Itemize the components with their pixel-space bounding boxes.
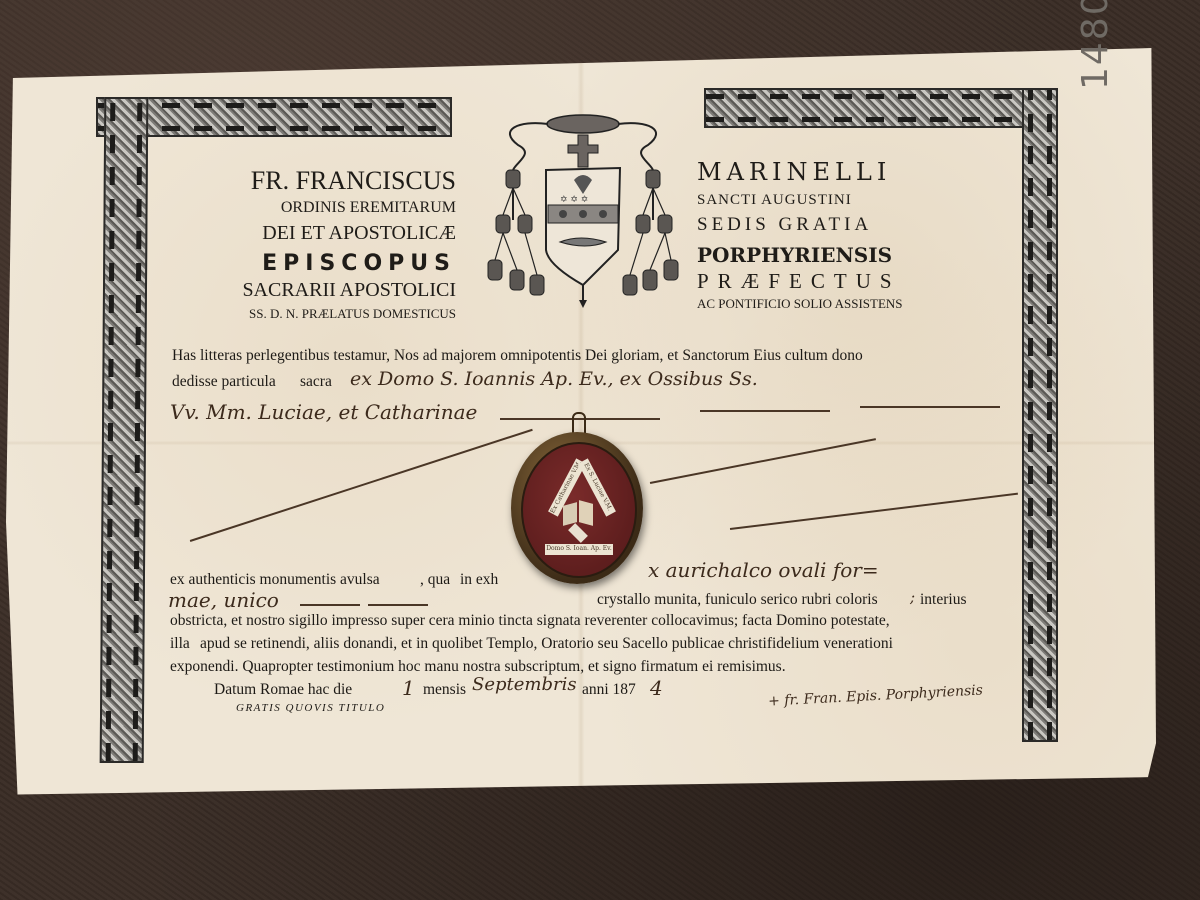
month-label: mensis [423,681,466,699]
header-praefectus-line: PRÆFECTUS [697,269,901,294]
ornamental-border-right [1022,88,1058,742]
handwritten-relic-line-1: ex Domo S. Ioannis Ap. Ev., ex Ossibus S… [350,368,758,390]
handwritten-relic-line-2: Vv. Mm. Luciae, et Catharinae [170,400,477,424]
header-assistens-line: AC PONTIFICIO SOLIO ASSISTENS [697,296,903,312]
reliquary-red-silk: Ex Catharinae V.M. Ex S. Luciae V.M. Dom… [521,442,637,578]
body-line-6a: illa [170,635,190,653]
header-dei-line: DEI ET APOSTOLICÆ [262,222,456,245]
relic-fragment-3 [568,523,588,543]
date-label: Datum Romae hac die [214,681,352,699]
handwritten-year-digit: 4 [650,676,663,700]
relic-fragment-2 [579,500,593,526]
header-name-line: FR. FRANCISCUS [251,166,456,196]
body-line-3a: ex authenticis monumentis avulsa [170,571,380,589]
reliquary-label-domo: Domo S. Ioan. Ap. Ev. [545,544,613,555]
svg-text:✡ ✡ ✡: ✡ ✡ ✡ [560,195,588,205]
body-line-3c: in exh [460,571,498,589]
header-sacrarii-line: SACRARII APOSTOLICI [242,279,456,302]
header-praelatus-line: SS. D. N. PRÆLATUS DOMESTICUS [249,306,456,322]
episcopal-coat-of-arms-icon: ✡ ✡ ✡ [478,110,688,310]
body-line-5: obstricta, et nostro sigillo impresso su… [170,612,890,630]
reliquary-locket: Ex Catharinae V.M. Ex S. Luciae V.M. Dom… [511,432,643,584]
ornamental-border-top-left [96,97,452,137]
handwritten-day: 1 [402,676,415,700]
pencil-catalog-number: 14807 [1075,0,1116,90]
handwritten-month: Septembris [472,674,577,695]
header-sedis-line: SEDIS GRATIA [697,214,872,236]
footer-gratis: GRATIS QUOVIS TITULO [236,702,385,714]
body-line-4a: crystallo munita, funiculo serico rubri … [597,591,878,609]
body-line-1: Has litteras perlegentibus testamur, Nos… [172,347,863,365]
header-order-line: ORDINIS EREMITARUM [281,199,456,217]
handwritten-mae-unico: mae, unico [168,588,279,612]
year-label: anni 187 [582,681,636,699]
header-episcopus-line: EPISCOPUS [262,251,456,276]
header-marinelli-line: MARINELLI [697,158,891,186]
header-augustini-line: SANCTI AUGUSTINI [697,192,852,209]
ornamental-border-top-right [704,88,1056,128]
body-line-2a: dedisse particula [172,373,276,391]
handwritten-interius-mark: ; [910,588,915,606]
header-porphyriensis-line: PORPHYRIENSIS [697,243,892,267]
handwritten-reliquary-line: x aurichalco ovali for= [648,558,879,582]
body-line-2b: sacra [300,373,332,391]
body-line-6b: apud se retinendi, aliis donandi, et in … [200,635,893,653]
ornamental-border-left [100,97,149,763]
body-line-4b: interius [920,591,967,609]
body-line-3b: , qua [420,571,450,589]
